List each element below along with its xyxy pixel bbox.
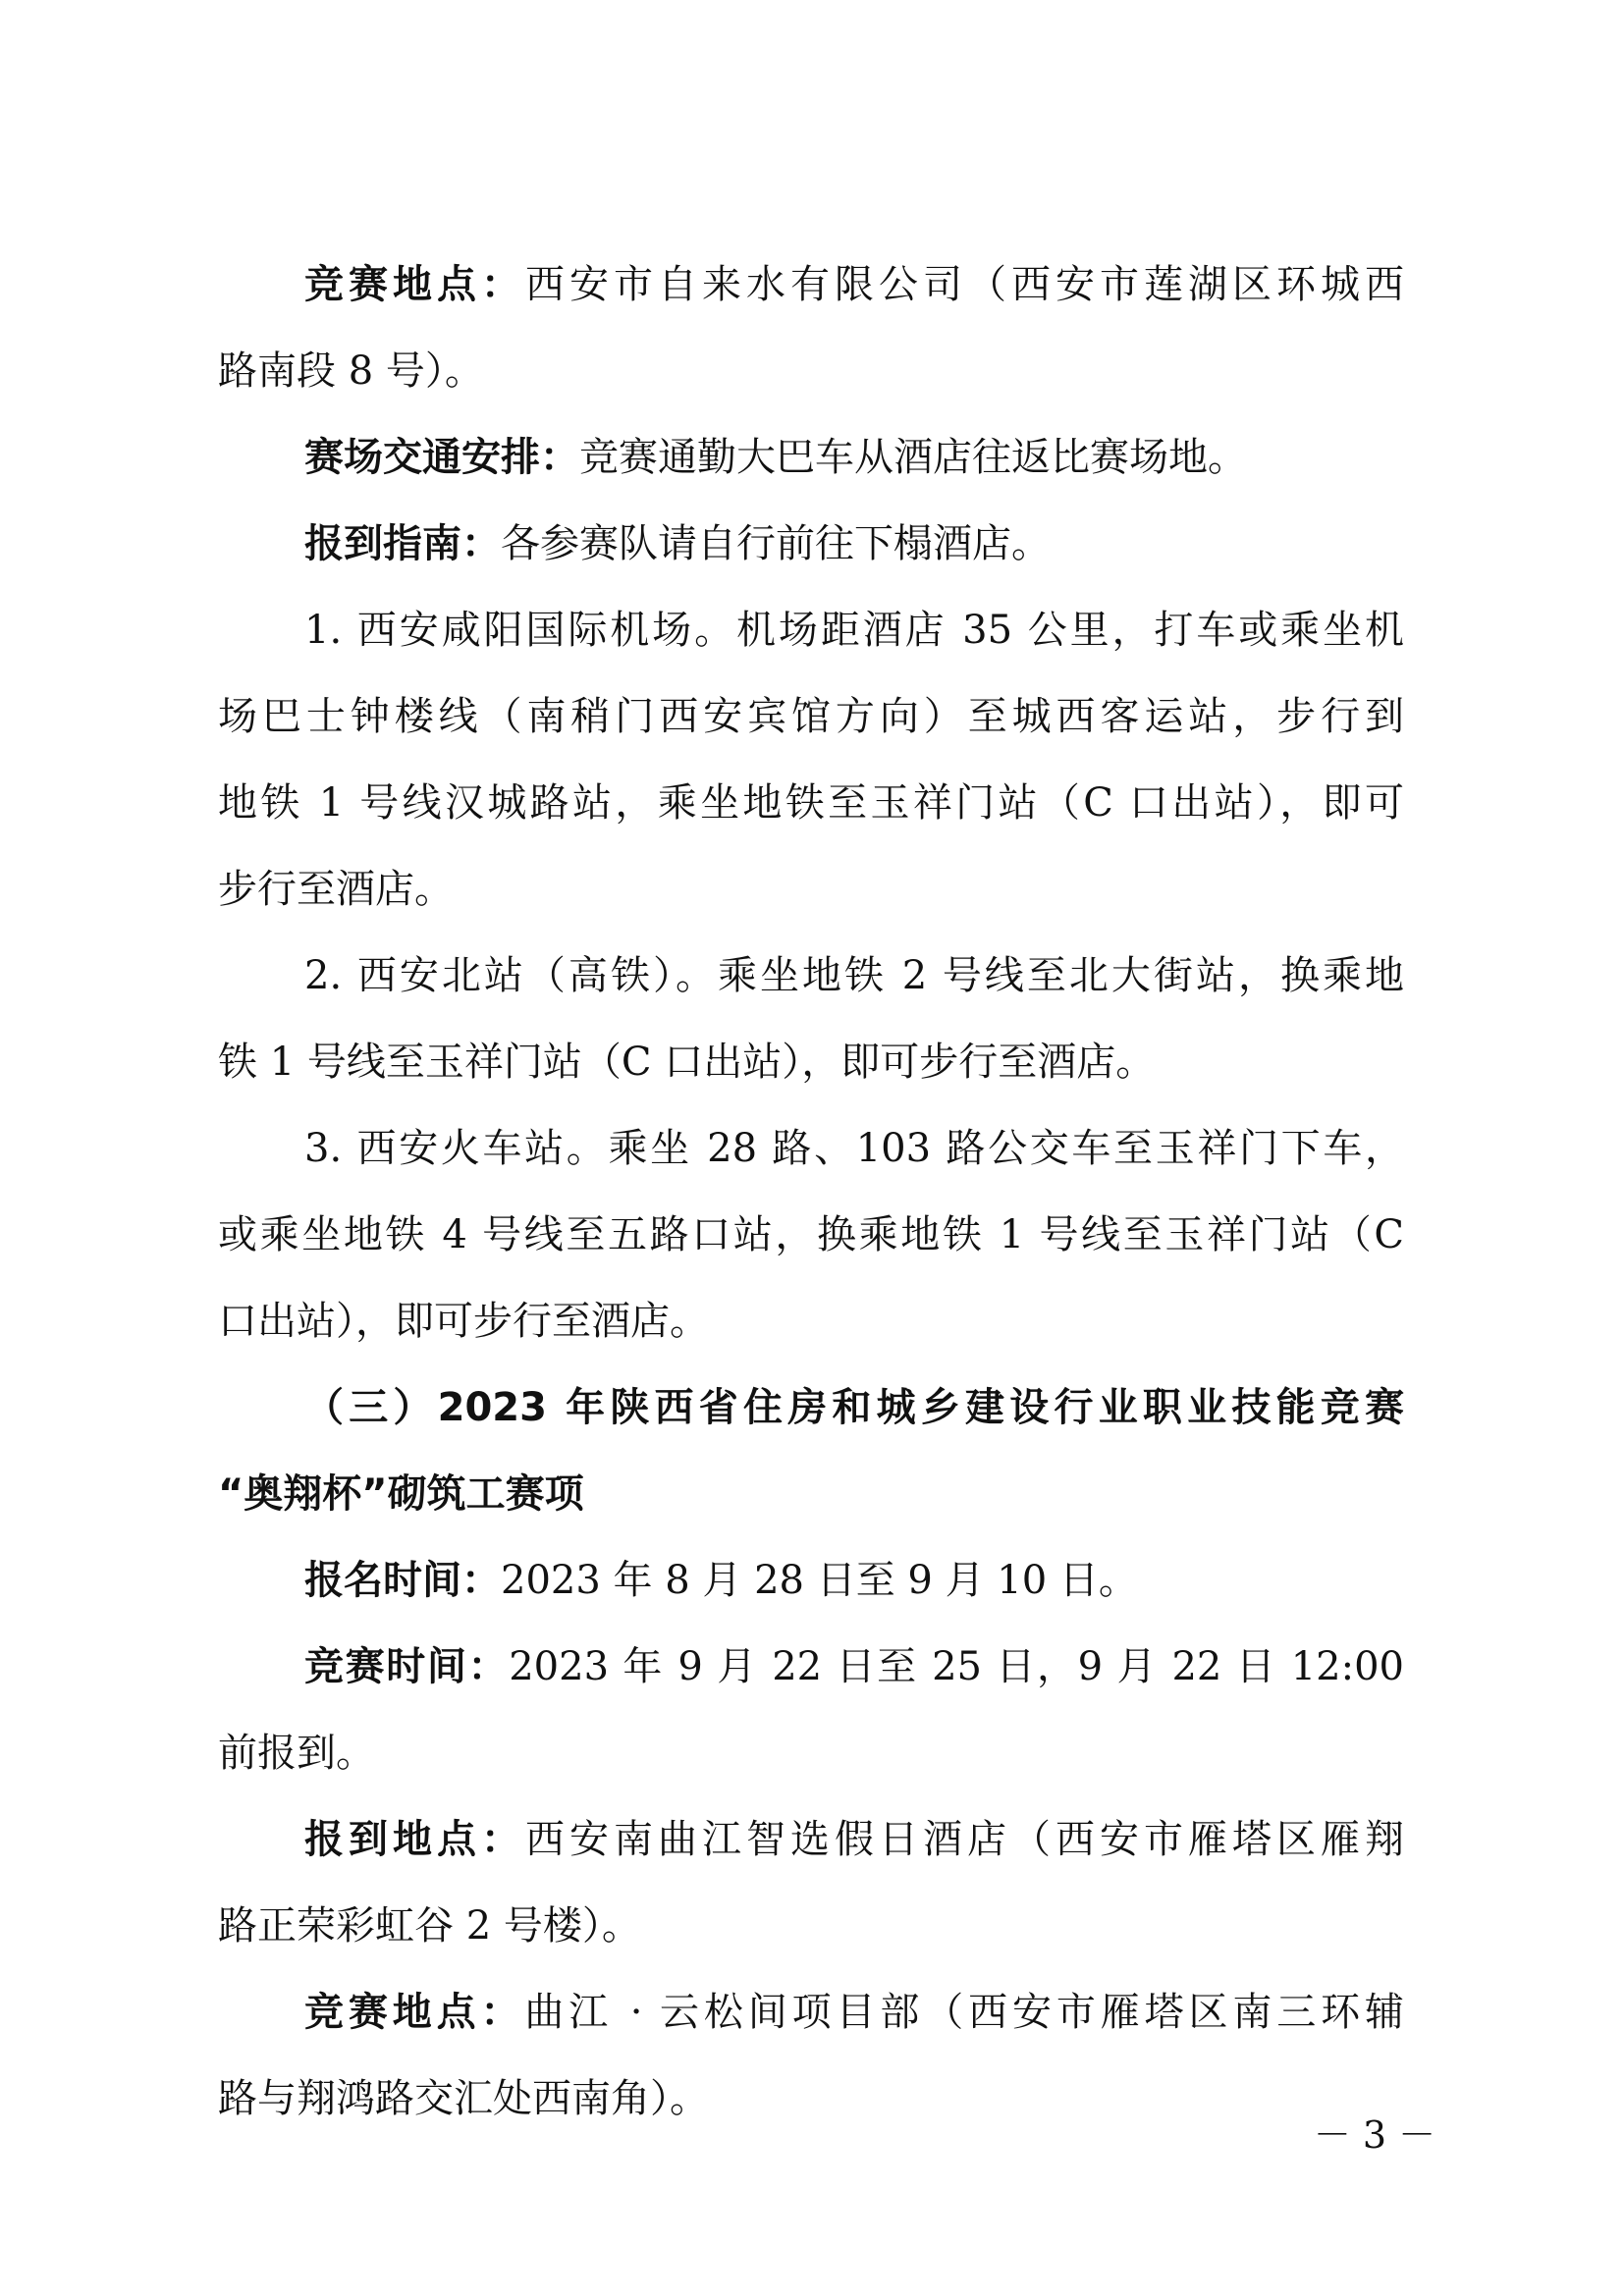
airport-route-line-4: 步行至酒店。 <box>218 860 1404 919</box>
airport-route-line-3: 地铁 1 号线汉城路站，乘坐地铁至玉祥门站（C 口出站），即可 <box>218 774 1404 832</box>
competition-time-line-1: 竞赛时间：2023 年 9 月 22 日至 25 日，9 月 22 日 12:0… <box>304 1637 1404 1696</box>
page-number: － 3 － <box>1306 2110 1443 2160</box>
transport-text: 竞赛通勤大巴车从酒店往返比赛场地。 <box>579 435 1247 480</box>
checkin-location-line-2: 路正荣彩虹谷 2 号楼）。 <box>218 1896 1404 1955</box>
checkin-guide-line: 报到指南：各参赛队请自行前往下榻酒店。 <box>304 514 1404 573</box>
checkin-location-label: 报到地点： <box>304 1817 525 1862</box>
competition-time-line-2: 前报到。 <box>218 1724 1404 1783</box>
north-station-route-line-1: 2. 西安北站（高铁）。乘坐地铁 2 号线至北大街站，换乘地 <box>304 946 1404 1005</box>
registration-time-text: 2023 年 8 月 28 日至 9 月 10 日。 <box>501 1558 1138 1603</box>
competition-venue-line-2: 路与翔鸿路交汇处西南角）。 <box>218 2069 1404 2128</box>
checkin-guide-label: 报到指南： <box>304 521 501 566</box>
venue-label: 竞赛地点： <box>304 262 525 307</box>
railway-station-route-line-1: 3. 西安火车站。乘坐 28 路、103 路公交车至玉祥门下车， <box>304 1119 1404 1178</box>
checkin-guide-text: 各参赛队请自行前往下榻酒店。 <box>501 521 1051 566</box>
transport-line: 赛场交通安排：竞赛通勤大巴车从酒店往返比赛场地。 <box>304 428 1404 487</box>
competition-venue-label: 竞赛地点： <box>304 1990 524 2035</box>
competition-venue-line-1: 竞赛地点：曲江 · 云松间项目部（西安市雁塔区南三环辅 <box>304 1983 1404 2042</box>
venue-line-2: 路南段 8 号）。 <box>218 342 1404 400</box>
venue-text: 西安市自来水有限公司（西安市莲湖区环城西 <box>525 262 1404 307</box>
competition-venue-text: 曲江 · 云松间项目部（西安市雁塔区南三环辅 <box>524 1990 1404 2035</box>
competition-time-label: 竞赛时间： <box>304 1644 509 1689</box>
section-heading-line-1: （三）2023 年陕西省住房和城乡建设行业职业技能竞赛 <box>304 1378 1404 1437</box>
railway-station-route-line-3: 口出站），即可步行至酒店。 <box>218 1292 1404 1351</box>
checkin-location-text: 西安南曲江智选假日酒店（西安市雁塔区雁翔 <box>525 1817 1404 1862</box>
airport-route-line-1: 1. 西安咸阳国际机场。机场距酒店 35 公里，打车或乘坐机 <box>304 601 1404 660</box>
checkin-location-line-1: 报到地点：西安南曲江智选假日酒店（西安市雁塔区雁翔 <box>304 1810 1404 1869</box>
registration-time-label: 报名时间： <box>304 1558 501 1603</box>
competition-time-text: 2023 年 9 月 22 日至 25 日，9 月 22 日 12:00 <box>509 1644 1404 1689</box>
transport-label: 赛场交通安排： <box>304 435 579 480</box>
railway-station-route-line-2: 或乘坐地铁 4 号线至五路口站，换乘地铁 1 号线至玉祥门站（C <box>218 1205 1404 1264</box>
airport-route-line-2: 场巴士钟楼线（南稍门西安宾馆方向）至城西客运站，步行到 <box>218 687 1404 746</box>
north-station-route-line-2: 铁 1 号线至玉祥门站（C 口出站），即可步行至酒店。 <box>218 1033 1404 1092</box>
registration-time-line: 报名时间：2023 年 8 月 28 日至 9 月 10 日。 <box>304 1551 1404 1610</box>
section-heading-line-2: “奥翔杯”砌筑工赛项 <box>218 1465 1404 1523</box>
venue-line-1: 竞赛地点：西安市自来水有限公司（西安市莲湖区环城西 <box>304 255 1404 314</box>
document-page: 竞赛地点：西安市自来水有限公司（西安市莲湖区环城西 路南段 8 号）。 赛场交通… <box>0 0 1624 2296</box>
